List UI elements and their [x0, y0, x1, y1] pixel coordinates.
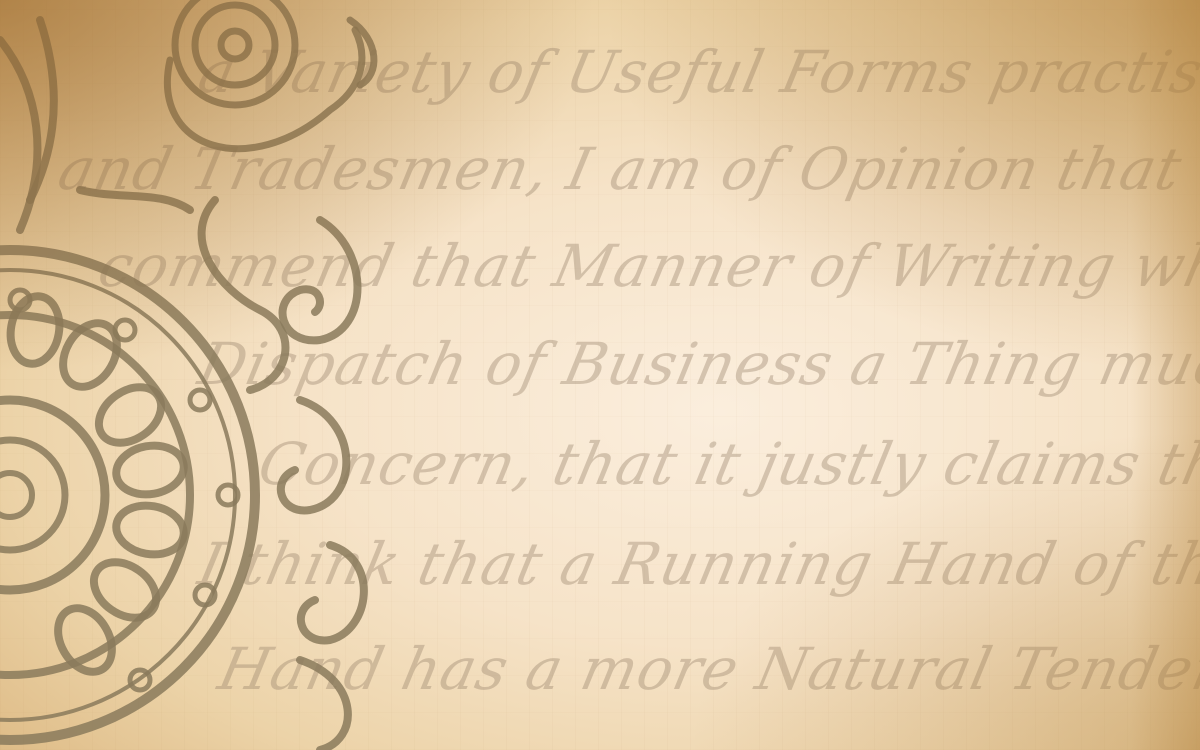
edge-vignette — [0, 0, 1200, 750]
